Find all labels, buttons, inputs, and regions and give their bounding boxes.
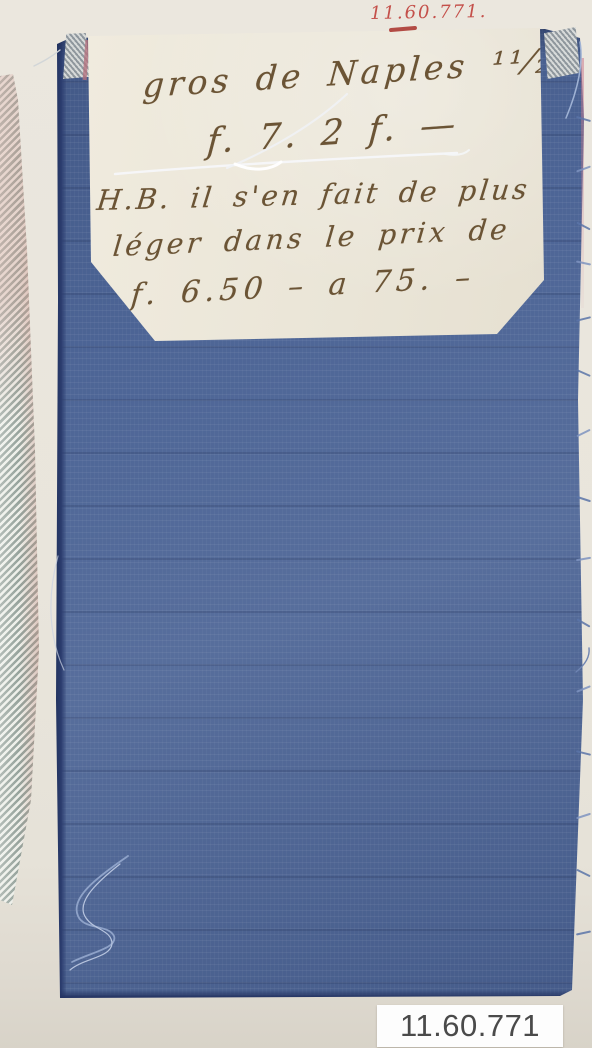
tag-line-note-2: léger dans le prix de xyxy=(111,213,511,264)
accession-number-sticker: 11.60.771 xyxy=(377,1005,563,1047)
tag-line-price: f. 7. 2 f. — xyxy=(206,104,461,162)
accession-number-text: 11.60.771 xyxy=(400,1008,540,1044)
pink-selvage-sliver-right xyxy=(581,58,584,308)
tag-line-note-3: f. 6.50 – a 75. – xyxy=(129,260,476,313)
tag-line-note-1: H.B. il s'en fait de plus xyxy=(95,173,532,217)
bottom-hem-fold xyxy=(54,990,587,1000)
red-accession-inscription: 11.60.771. xyxy=(370,1,488,24)
handwritten-price-tag: gros de Naples ¹¹⁄₂₄ f. 7. 2 f. — H.B. i… xyxy=(85,26,547,344)
selvage-edge xyxy=(54,28,67,1000)
fray-thread xyxy=(576,930,591,935)
adjacent-striped-swatch xyxy=(0,74,42,910)
fray-thread xyxy=(576,869,590,877)
tag-line-fabric-name: gros de Naples ¹¹⁄₂₄ xyxy=(141,40,571,105)
photo-canvas: gros de Naples ¹¹⁄₂₄ f. 7. 2 f. — H.B. i… xyxy=(0,0,592,1048)
metallic-tip-right xyxy=(544,27,580,79)
